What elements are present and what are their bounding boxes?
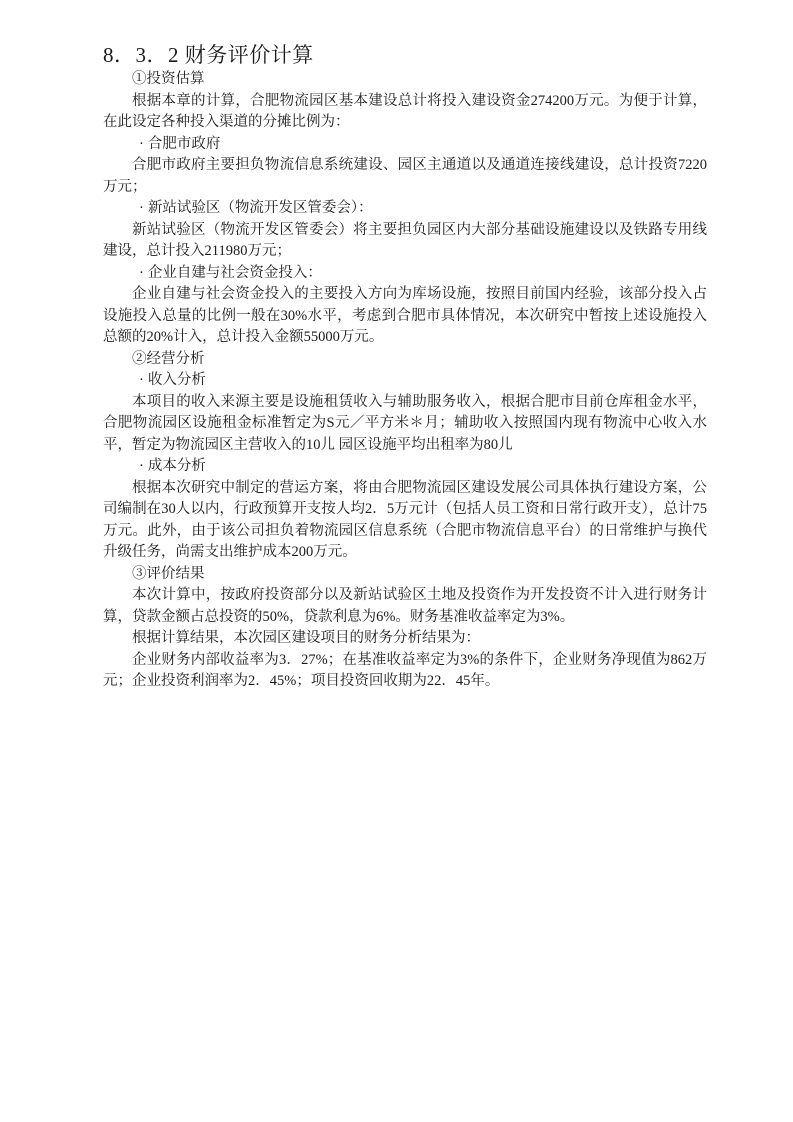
- paragraph-3: 合肥市政府主要担负物流信息系统建设、园区主通道以及通道连接线建设，总计投资722…: [103, 155, 707, 198]
- paragraph-10: 本项目的收入来源主要是设施租赁收入与辅助服务收入，根据合肥市目前仓库租金水平，合…: [103, 392, 707, 457]
- bullet-marker: ·: [139, 136, 148, 152]
- bullet-9: ·收入分析: [103, 370, 707, 392]
- paragraph-16: 企业财务内部收益率为3．27%；在基准收益率定为3%的条件下，企业财务净现值为8…: [103, 650, 707, 693]
- paragraph-14: 本次计算中，按政府投资部分以及新站试验区土地及投资作为开发投资不计入进行财务计算…: [103, 585, 707, 628]
- document-page: 8．3．2 财务评价计算 ①投资估算根据本章的计算，合肥物流园区基本建设总计将投…: [0, 0, 793, 1122]
- bullet-11: ·成本分析: [103, 456, 707, 478]
- paragraph-7: 企业自建与社会资金投入的主要投入方向为库场设施，按照目前国内经验，该部分投入占设…: [103, 284, 707, 349]
- paragraph-15: 根据计算结果，本次园区建设项目的财务分析结果为：: [103, 628, 707, 650]
- bullet-marker: ·: [139, 372, 148, 388]
- bullet-2: ·合肥市政府: [103, 134, 707, 156]
- subheading-0: ①投资估算: [103, 69, 707, 91]
- section-heading: 8．3．2 财务评价计算: [103, 42, 707, 69]
- bullet-marker: ·: [139, 265, 148, 281]
- bullet-marker: ·: [139, 458, 148, 474]
- paragraph-12: 根据本次研究中制定的营运方案，将由合肥物流园区建设发展公司具体执行建设方案，公司…: [103, 478, 707, 564]
- bullet-4: ·新站试验区（物流开发区管委会）：: [103, 198, 707, 220]
- bullet-marker: ·: [139, 200, 148, 216]
- bullet-6: ·企业自建与社会资金投入：: [103, 263, 707, 285]
- subheading-8: ②经营分析: [103, 349, 707, 371]
- subheading-13: ③评价结果: [103, 564, 707, 586]
- document-body: ①投资估算根据本章的计算，合肥物流园区基本建设总计将投入建设资金274200万元…: [103, 69, 707, 693]
- paragraph-1: 根据本章的计算，合肥物流园区基本建设总计将投入建设资金274200万元。为便于计…: [103, 91, 707, 134]
- paragraph-5: 新站试验区（物流开发区管委会）将主要担负园区内大部分基础设施建设以及铁路专用线建…: [103, 220, 707, 263]
